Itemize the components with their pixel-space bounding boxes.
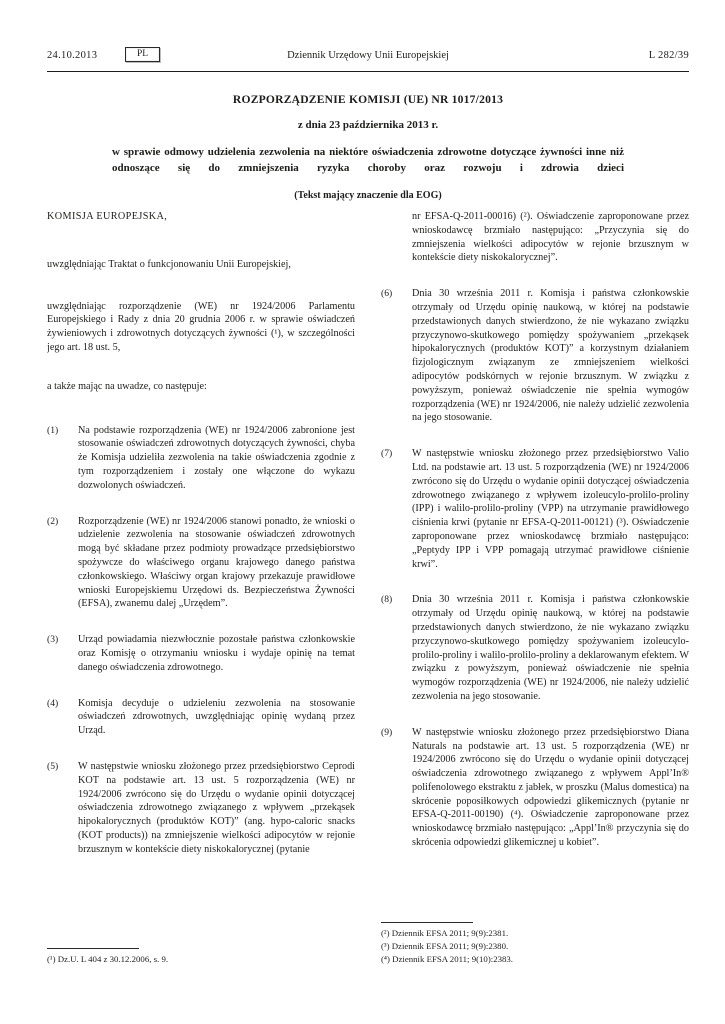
right-footnotes: (²) Dziennik EFSA 2011; 9(9):2381. (³) D…: [381, 922, 689, 966]
footnote-3: (³) Dziennik EFSA 2011; 9(9):2380.: [381, 940, 689, 953]
recital-text: W następstwie wniosku złożonego przez pr…: [78, 760, 355, 857]
recital-text: Rozporządzenie (WE) nr 1924/2006 stanowi…: [78, 515, 355, 612]
page-reference: L 282/39: [649, 50, 689, 61]
recital-text: Dnia 30 września 2011 r. Komisja i państ…: [412, 287, 689, 425]
recitals-lead: a także mając na uwadze, co następuje:: [47, 380, 355, 394]
recital-5: (5) W następstwie wniosku złożonego prze…: [47, 760, 355, 857]
page-header: 24.10.2013 PL Dziennik Urzędowy Unii Eur…: [47, 48, 689, 66]
footnote-4: (⁴) Dziennik EFSA 2011; 9(10):2383.: [381, 953, 689, 966]
regulation-date: z dnia 23 października 2013 r.: [47, 119, 689, 131]
journal-page: 24.10.2013 PL Dziennik Urzędowy Unii Eur…: [0, 0, 725, 1024]
header-divider: [47, 71, 689, 72]
citation-treaty: uwzględniając Traktat o funkcjonowaniu U…: [47, 258, 355, 272]
left-footnotes: (¹) Dz.U. L 404 z 30.12.2006, s. 9.: [47, 948, 355, 966]
recital-1: (1) Na podstawie rozporządzenia (WE) nr …: [47, 424, 355, 493]
right-column: nr EFSA-Q-2011-00016) (²). Oświadczenie …: [381, 210, 689, 966]
preamble-opening: KOMISJA EUROPEJSKA,: [47, 210, 355, 224]
footnote-2: (²) Dziennik EFSA 2011; 9(9):2381.: [381, 927, 689, 940]
footnote-1: (¹) Dz.U. L 404 z 30.12.2006, s. 9.: [47, 953, 355, 966]
recital-9: (9) W następstwie wniosku złożonego prze…: [381, 726, 689, 850]
footnote-divider: [47, 948, 139, 949]
recital-number: (8): [381, 593, 412, 703]
recital-number: (6): [381, 287, 412, 425]
recital-text: Na podstawie rozporządzenia (WE) nr 1924…: [78, 424, 355, 493]
recital-text: W następstwie wniosku złożonego przez pr…: [412, 447, 689, 571]
footnote-divider: [381, 922, 473, 923]
recital-number: (4): [47, 697, 78, 738]
recital-number: (2): [47, 515, 78, 612]
recital-number: (3): [47, 633, 78, 674]
regulation-title: ROZPORZĄDZENIE KOMISJI (UE) NR 1017/2013: [47, 93, 689, 106]
recital-8: (8) Dnia 30 września 2011 r. Komisja i p…: [381, 593, 689, 703]
recital-number: (9): [381, 726, 412, 850]
left-column: KOMISJA EUROPEJSKA, uwzględniając Trakta…: [47, 210, 355, 966]
eea-relevance-note: (Tekst mający znaczenie dla EOG): [47, 190, 689, 201]
two-column-body: KOMISJA EUROPEJSKA, uwzględniając Trakta…: [47, 210, 689, 966]
journal-title: Dziennik Urzędowy Unii Europejskiej: [47, 50, 689, 61]
recital-text: Urząd powiadamia niezwłocznie pozostałe …: [78, 633, 355, 674]
recital-text: Komisja decyduje o udzieleniu zezwolenia…: [78, 697, 355, 738]
recital-2: (2) Rozporządzenie (WE) nr 1924/2006 sta…: [47, 515, 355, 612]
citation-regulation: uwzględniając rozporządzenie (WE) nr 192…: [47, 300, 355, 355]
title-block: ROZPORZĄDZENIE KOMISJI (UE) NR 1017/2013…: [47, 93, 689, 201]
recital-text: W następstwie wniosku złożonego przez pr…: [412, 726, 689, 850]
recital-5-continuation: nr EFSA-Q-2011-00016) (²). Oświadczenie …: [412, 210, 689, 265]
recital-number: (5): [47, 760, 78, 857]
recital-6: (6) Dnia 30 września 2011 r. Komisja i p…: [381, 287, 689, 425]
recital-number: (1): [47, 424, 78, 493]
recital-text: Dnia 30 września 2011 r. Komisja i państ…: [412, 593, 689, 703]
recital-7: (7) W następstwie wniosku złożonego prze…: [381, 447, 689, 571]
recital-3: (3) Urząd powiadamia niezwłocznie pozost…: [47, 633, 355, 674]
regulation-subject: w sprawie odmowy udzielenia zezwolenia n…: [112, 145, 624, 176]
recital-4: (4) Komisja decyduje o udzieleniu zezwol…: [47, 697, 355, 738]
recital-number: (7): [381, 447, 412, 571]
